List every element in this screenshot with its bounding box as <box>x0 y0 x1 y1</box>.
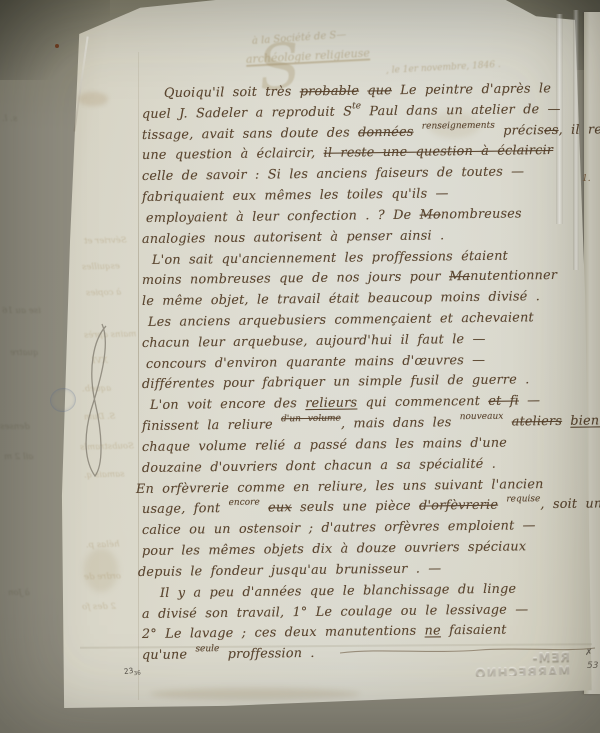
inventory-number-sub: 36 <box>133 670 141 677</box>
text-segment: chaque volume relié a passé dans les mai… <box>142 435 507 454</box>
manuscript-line: analogies nous autorisent à penser ainsi… <box>142 228 444 247</box>
text-segment: chacun leur arquebuse, aujourd'hui il fa… <box>142 332 486 351</box>
text-segment: celle de savoir : Si les anciens faiseur… <box>142 165 524 185</box>
text-segment: calice ou un ostensoir ; d'autres orfèvr… <box>142 518 536 538</box>
manuscript-line: tissage, avait sans doute des données re… <box>142 122 600 143</box>
text-segment: En orfèvrerie comme en reliure, les uns … <box>136 477 544 497</box>
text-segment: d'un volume <box>281 414 341 425</box>
text-segment: a divisé son travail, 1° Le coulage ou l… <box>142 602 528 622</box>
text-segment: le même objet, le travail était beaucoup… <box>142 289 540 309</box>
manuscript-line: Il y a peu d'années que le blanchissage … <box>160 581 516 600</box>
text-segment: Le peintre d'après le <box>392 81 551 98</box>
manuscript-line: différentes pour fabriquer un simple fus… <box>142 373 530 393</box>
manuscript-line: L'on voit encore des relieurs qui commen… <box>150 394 540 414</box>
manuscript-line: employaient à leur confection . ? De Mon… <box>146 206 522 226</box>
manuscript-line: Les anciens arquebusiers commençaient et… <box>148 310 534 330</box>
text-segment: renseignements <box>422 120 495 131</box>
text-segment: usage, font <box>142 501 229 517</box>
text-segment: et fi <box>488 394 519 409</box>
text-segment: nombreuses <box>441 206 522 222</box>
text-segment: qu'une <box>142 647 196 663</box>
photograph-of-manuscript: ise au 16quatredensesail 2 mà Jons. l. S… <box>0 0 600 733</box>
manuscript-line: usage, font encore eux seuls une pièce d… <box>142 497 600 518</box>
text-segment: relieurs <box>305 396 357 412</box>
manuscript-line: concours d'environ quarante mains d'œuvr… <box>146 353 485 372</box>
embossed-stamp-text: REM-MARBECHNO <box>450 650 571 677</box>
text-segment: précis <box>495 123 544 139</box>
text-segment: finissent la reliure <box>142 417 281 434</box>
text-segment: eux <box>268 501 292 516</box>
manuscript-line: quel J. Sadeler a reproduit Ste Paul dan… <box>142 102 561 122</box>
manuscript-line: calice ou un ostensoir ; d'autres orfèvr… <box>142 518 536 538</box>
text-segment: proffession . <box>219 646 314 662</box>
manuscript-line: L'on sait qu'anciennement les proffessio… <box>152 248 508 267</box>
manuscript-line: chacun leur arquebuse, aujourd'hui il fa… <box>142 332 486 351</box>
text-segment: pour les mêmes objets dix à douze ouvrie… <box>142 539 526 559</box>
manuscript-line: depuis le fondeur jusqu'au brunisseur . … <box>138 561 442 580</box>
text-segment: ne <box>425 624 441 639</box>
text-segment: seule <box>195 644 219 654</box>
text-segment <box>503 415 511 430</box>
manuscript-line: moins nombreuses que de nos jours pour M… <box>142 268 557 288</box>
text-segment: différentes pour fabriquer un simple fus… <box>142 373 530 393</box>
text-segment: douzaine d'ouvriers dont chacun a sa spé… <box>142 456 496 475</box>
text-segment: faisaient <box>441 623 507 639</box>
manuscript-line: 2° Le lavage ; ces deux manutentions ne … <box>142 623 507 642</box>
inventory-number-main: 23 <box>123 666 134 676</box>
text-segment: qui commencent <box>357 394 488 411</box>
pencil-inventory-number: 2336 <box>123 665 141 679</box>
manuscript-line: Quoiqu'il soit très probable que Le pein… <box>164 81 551 101</box>
text-segment: nutentionner <box>470 268 557 284</box>
text-segment: , soit un <box>540 497 600 513</box>
text-segment: Les anciens arquebusiers commençaient et… <box>148 310 534 330</box>
margin-reference-note: 1. <box>582 174 591 184</box>
text-segment: d'orfèvrerie <box>419 498 498 514</box>
text-segment: , mais dans les <box>341 415 460 431</box>
manuscript-line: chaque volume relié a passé dans les mai… <box>142 435 507 454</box>
text-segment: données <box>358 124 414 140</box>
text-segment: employaient à leur confection . ? De <box>146 208 420 226</box>
text-segment: Quoiqu'il soit très <box>164 84 300 101</box>
text-segment: , il reste <box>559 122 600 138</box>
embossed-blind-stamp: REM-MARBECHNO <box>450 650 571 677</box>
text-segment: tissage, avait sans doute des <box>142 125 358 143</box>
text-segment: Mo <box>420 207 441 222</box>
text-segment: seuls une pièce <box>292 499 420 516</box>
text-segment: moins nombreuses que de nos jours pour <box>142 270 449 289</box>
text-segment: Ma <box>449 269 470 284</box>
text-segment: analogies nous autorisent à penser ainsi… <box>142 228 444 247</box>
text-segment: 2° Le lavage ; ces deux manutentions <box>142 624 425 642</box>
text-segment: L'on voit encore des <box>150 396 305 413</box>
text-segment: que <box>367 83 392 98</box>
manuscript-line: le même objet, le travail était beaucoup… <box>142 289 540 309</box>
manuscript-line: celle de savoir : Si les anciens faiseur… <box>142 165 524 185</box>
text-segment: concours d'environ quarante mains d'œuvr… <box>146 353 485 372</box>
manuscript-line: finissent la reliure d'un volume, mais d… <box>142 413 600 434</box>
text-segment <box>413 124 421 139</box>
text-segment: depuis le fondeur jusqu'au brunisseur . … <box>138 561 442 580</box>
manuscript-line: une question à éclaircir, il reste une q… <box>142 143 553 163</box>
text-segment: es <box>544 123 559 138</box>
manuscript-line: qu'une seule proffession . <box>142 646 315 663</box>
manuscript-line: douzaine d'ouvriers dont chacun a sa spé… <box>142 456 496 475</box>
pencil-folio-number: 53 <box>587 661 598 671</box>
manuscript-line: pour les mêmes objets dix à douze ouvrie… <box>142 539 526 559</box>
text-segment: une question à éclaircir, <box>142 146 324 163</box>
text-segment: probable <box>300 84 359 100</box>
text-segment: ateliers <box>512 414 563 430</box>
text-segment: fabriquaient eux mêmes les toiles qu'ils… <box>142 186 449 205</box>
text-segment: nouveaux <box>460 412 504 423</box>
text-segment: Il y a peu d'années que le blanchissage … <box>160 581 516 600</box>
manuscript-line: fabriquaient eux mêmes les toiles qu'ils… <box>142 186 449 205</box>
manuscript-line: En orfèvrerie comme en reliure, les uns … <box>136 477 544 497</box>
text-segment: quel J. Sadeler a reproduit S <box>142 104 352 122</box>
handwritten-text: Quoiqu'il soit très probable que Le pein… <box>0 0 600 733</box>
text-segment: — <box>519 394 540 409</box>
text-segment: bien organisés <box>570 413 600 429</box>
text-segment: requise <box>506 495 540 505</box>
text-segment: encore <box>229 498 260 508</box>
text-segment: Paul dans un atelier de — <box>361 102 561 119</box>
manuscript-line: a divisé son travail, 1° Le coulage ou l… <box>142 602 528 622</box>
text-segment: te <box>352 101 361 111</box>
text-segment: il reste une question à éclaircir <box>324 143 554 161</box>
text-segment: L'on sait qu'anciennement les proffessio… <box>152 248 508 267</box>
pencil-cross-mark: ✗ <box>585 648 593 658</box>
